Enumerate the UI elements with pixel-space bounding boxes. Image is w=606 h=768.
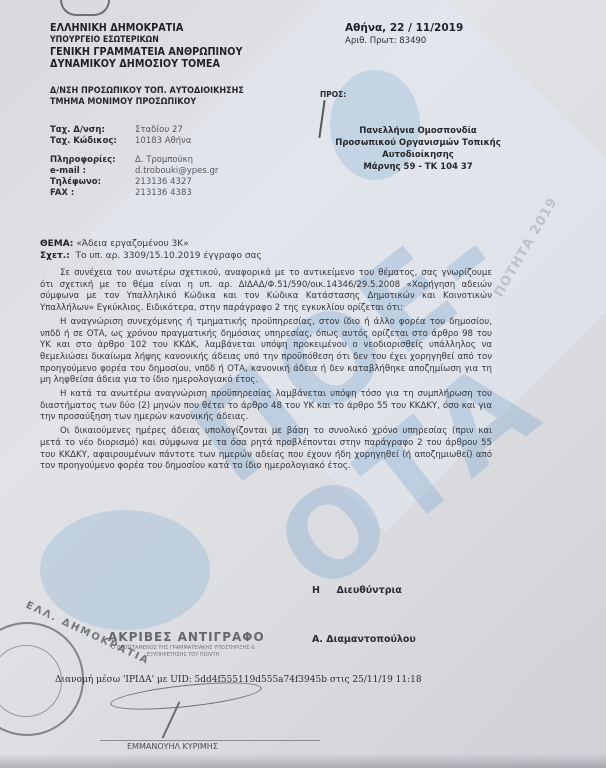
phone-label: Τηλέφωνο: <box>50 177 135 188</box>
recipient-line: Πανελλήνια Ομοσπονδία <box>318 125 518 137</box>
recipient-line: Προσωπικού Οργανισμών Τοπικής <box>318 137 518 149</box>
department-line: Δ/ΝΣΗ ΠΡΟΣΩΠΙΚΟΥ ΤΟΠ. ΑΥΤΟΔΙΟΙΚΗΣΗΣ <box>50 86 244 97</box>
email-label: e-mail : <box>50 166 135 177</box>
signatory-title: Η Διευθύντρια <box>312 585 402 596</box>
subject-label: ΘΕΜΑ: <box>40 239 73 249</box>
department-line: ΤΜΗΜΑ ΜΟΝΙΜΟΥ ΠΡΟΣΩΠΙΚΟΥ <box>50 97 244 108</box>
certified-copy-title: ΑΚΡΙΒΕΣ ΑΝΤΙΓΡΑΦΟ <box>108 630 265 644</box>
fax-value: 213136 4383 <box>135 188 192 199</box>
issuer-header: ΕΛΛΗΝΙΚΗ ΔΗΜΟΚΡΑΤΙΑ ΥΠΟΥΡΓΕΙΟ ΕΣΩΤΕΡΙΚΩΝ… <box>50 22 242 70</box>
department-header: Δ/ΝΣΗ ΠΡΟΣΩΠΙΚΟΥ ΤΟΠ. ΑΥΤΟΔΙΟΙΚΗΣΗΣ ΤΜΗΜ… <box>50 86 244 108</box>
header-line: ΕΛΛΗΝΙΚΗ ΔΗΜΟΚΡΑΤΙΑ <box>50 22 242 34</box>
subject-text: «Άδεια εργαζομένου 3Κ» <box>76 239 189 249</box>
info-value: Δ. Τρομπούκη <box>135 155 193 166</box>
body-paragraph: Η κατά τα ανωτέρω αναγνώριση προϋπηρεσία… <box>40 389 492 424</box>
recipient-block: Πανελλήνια Ομοσπονδία Προσωπικού Οργανισ… <box>318 125 518 173</box>
postal-label: Ταχ. Κώδικος: <box>50 136 135 147</box>
reference-label: Σχετ.: <box>40 251 70 261</box>
signatory-name: Α. Διαμαντοπούλου <box>312 634 416 645</box>
document-page: ΠΟΕ-ΟΤΑ ΠΟΤΗΤΑ 2019 ΕΛΛΗΝΙΚΗ ΔΗΜΟΚΡΑΤΙΑ … <box>0 0 606 768</box>
subject-block: ΘΕΜΑ: «Άδεια εργαζομένου 3Κ» Σχετ.: Το υ… <box>40 239 262 262</box>
signature-line <box>100 740 320 741</box>
phone-value: 213136 4327 <box>135 177 192 188</box>
body-paragraph: Οι δικαιούμενες ημέρες άδειας υπολογίζον… <box>40 426 492 473</box>
certifier-name: ΕΜΜΑΝΟΥΗΛ ΚΥΡΙΜΗΣ <box>127 742 218 751</box>
address-value: Σταδίου 27 <box>135 125 183 136</box>
recipient-line: Αυτοδιοίκησης <box>318 149 518 161</box>
certified-copy-subtitle: Ο ΠΡΟΪΣΤΑΜΕΝΟΣ ΤΗΣ ΓΡΑΜΜΑΤΕΙΑΚΗΣ ΥΠΟΣΤΗΡ… <box>108 645 258 659</box>
body-paragraph: Σε συνέχεια του ανωτέρω σχετικού, αναφορ… <box>40 268 492 315</box>
recipient-line: Μάρνης 59 - ΤΚ 104 37 <box>318 161 518 173</box>
reference-text: Το υπ. αρ. 3309/15.10.2019 έγγραφο σας <box>75 251 261 261</box>
page-bottom-shadow <box>0 754 606 768</box>
header-line: ΓΕΝΙΚΗ ΓΡΑΜΜΑΤΕΙΑ ΑΝΘΡΩΠΙΝΟΥ <box>50 46 242 58</box>
info-label: Πληροφορίες: <box>50 155 135 166</box>
state-emblem-icon <box>60 0 110 16</box>
protocol-number: Αριθ. Πρωτ: 83490 <box>345 36 426 46</box>
email-value: d.trobouki@ypes.gr <box>135 166 218 177</box>
header-line: ΥΠΟΥΡΓΕΙΟ ΕΣΩΤΕΡΙΚΩΝ <box>50 34 242 46</box>
letter-body: Σε συνέχεια του ανωτέρω σχετικού, αναφορ… <box>40 268 492 475</box>
address-label: Ταχ. Δ/νση: <box>50 125 135 136</box>
contact-block: Ταχ. Δ/νση:Σταδίου 27 Ταχ. Κώδικος:10183… <box>50 125 218 199</box>
body-paragraph: Η αναγνώριση συνεχόμενης ή τμηματικής πρ… <box>40 317 492 387</box>
header-line: ΔΥΝΑΜΙΚΟΥ ΔΗΜΟΣΙΟΥ ΤΟΜΕΑ <box>50 58 242 70</box>
document-date: Αθήνα, 22 / 11/2019 <box>345 22 463 34</box>
fax-label: FAX : <box>50 188 135 199</box>
postal-value: 10183 Αθήνα <box>135 136 192 147</box>
recipient-label: ΠΡΟΣ: <box>320 90 346 99</box>
watermark-logo-shape <box>40 510 210 630</box>
